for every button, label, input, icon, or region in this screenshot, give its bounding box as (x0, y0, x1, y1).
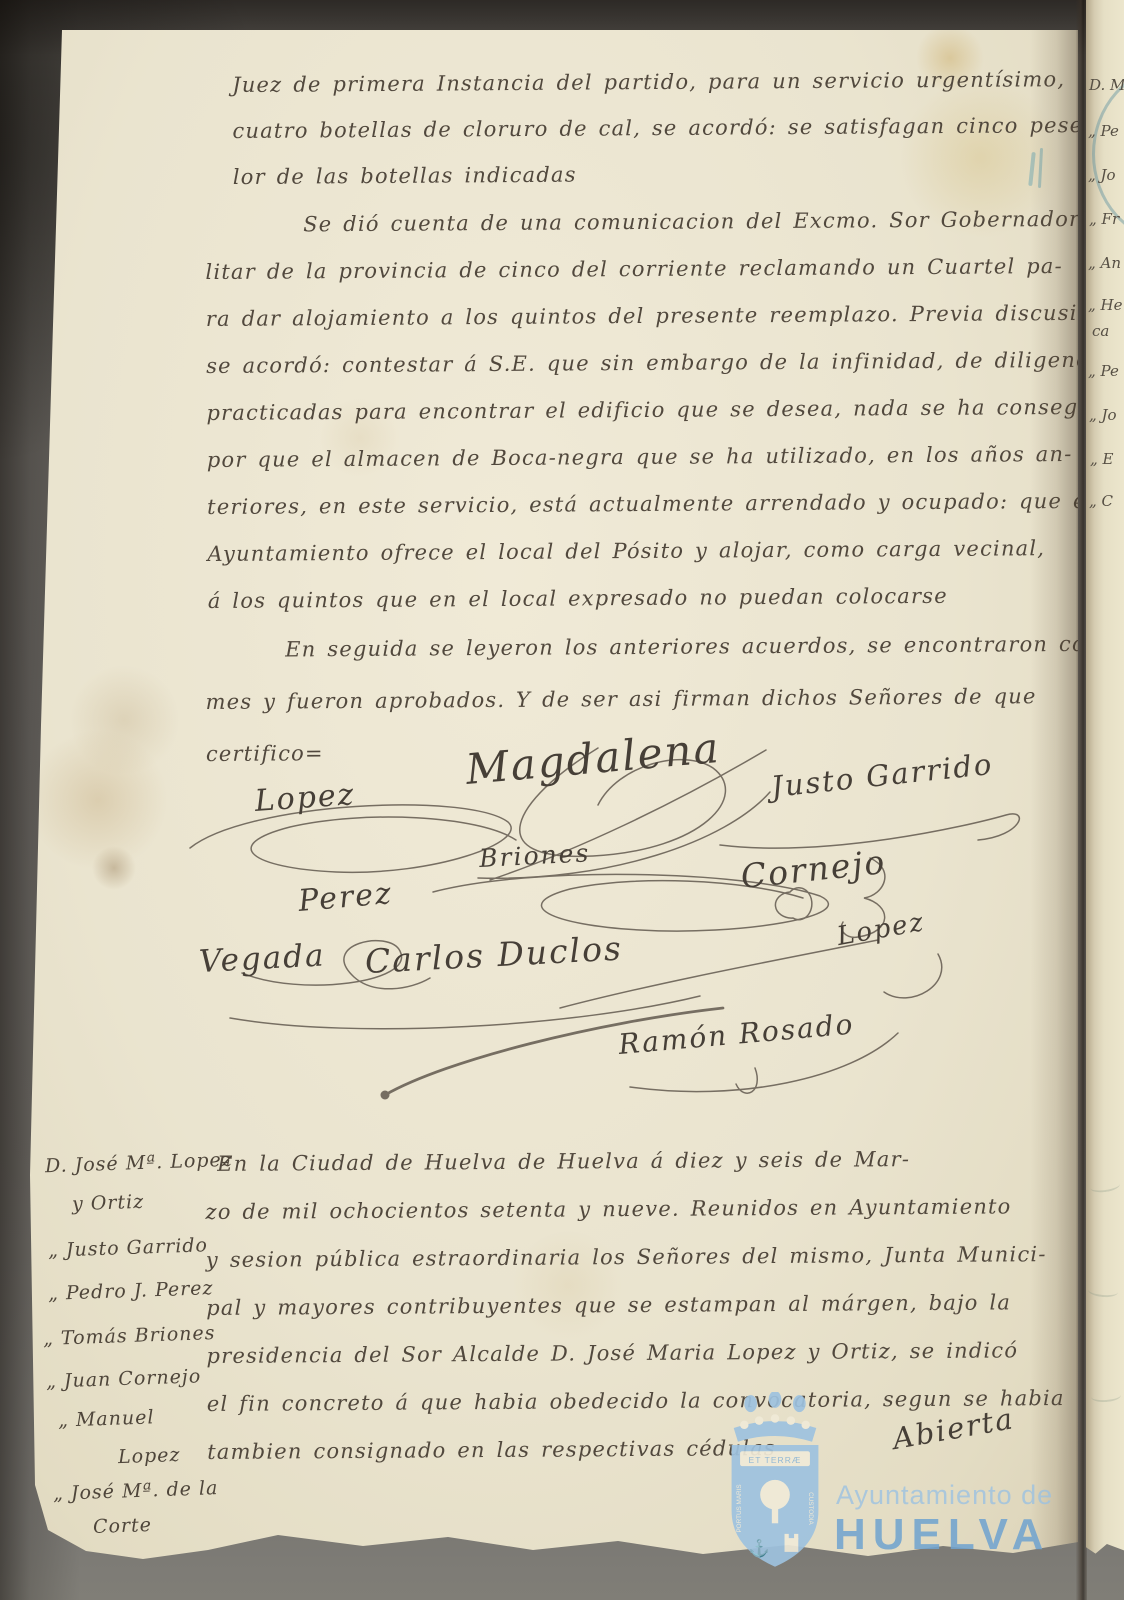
text-line: En seguida se leyeron los anteriores acu… (205, 617, 1124, 676)
margin-attendee: „ Pedro J. Perez (48, 1277, 214, 1305)
page-fold-gap (1076, 0, 1087, 1600)
margin-attendee: „ Tomás Briones (43, 1322, 216, 1350)
text-line: zo de mil ochocientos setenta y nueve. R… (205, 1182, 1063, 1236)
next-page-fragment: „ Pe (1088, 362, 1119, 380)
margin-attendee: Lopez (118, 1444, 181, 1468)
next-page-fragment: „ C (1089, 492, 1113, 510)
text-line: lor de las botellas indicadas (233, 147, 1124, 200)
next-page-fragment: „ Jo (1089, 406, 1117, 424)
bleed-through-mark (1089, 1178, 1120, 1194)
paragraph-2: Se dió cuenta de una comunicacion del Ex… (205, 196, 1124, 625)
margin-attendee: „ José Mª. de la (53, 1477, 219, 1505)
margin-attendee: „ Manuel (58, 1406, 155, 1431)
text-line: practicadas para encontrar el edificio q… (206, 384, 1124, 437)
margin-attendee: Corte (93, 1514, 153, 1538)
signature: Vegada (198, 937, 326, 980)
text-line: Ayuntamiento ofrece el local del Pósito … (207, 525, 1124, 578)
bleed-through-mark (1088, 1284, 1119, 1299)
bleed-through-mark (1091, 1389, 1122, 1403)
margin-attendee: „ Juan Cornejo (46, 1365, 202, 1392)
text-line: presidencia del Sor Alcalde D. José Mari… (206, 1326, 1064, 1380)
text-line: y sesion pública estraordinaria los Seño… (206, 1230, 1064, 1284)
next-page-fragment: „ An (1088, 254, 1121, 272)
margin-attendee: „ Justo Garrido (48, 1234, 209, 1262)
next-page-fragment: „ Jo (1088, 166, 1116, 184)
text-line: pal y mayores contribuyentes que se esta… (206, 1278, 1064, 1332)
scan-background: Juez de primera Instancia del partido, p… (0, 0, 1124, 1600)
next-page-fragment: „ Pe (1088, 122, 1119, 140)
next-page-sliver: D. M „ Pe „ Jo „ Fr „ An „ He ca „ Pe „ … (1086, 0, 1124, 1600)
next-page-fragment: D. M (1089, 76, 1124, 94)
text-line: á los quintos que en el local expresado … (208, 572, 1124, 625)
next-page-fragment: „ He (1088, 296, 1123, 314)
text-line: litar de la provincia de cinco del corri… (205, 243, 1124, 296)
margin-attendee: y Ortiz (72, 1191, 145, 1216)
text-line: por que el almacen de Boca-negra que se … (207, 431, 1124, 484)
manuscript-page: Juez de primera Instancia del partido, p… (28, 30, 1078, 1562)
text-line: teriores, en este servicio, está actualm… (207, 478, 1124, 531)
paragraph-1: Juez de primera Instancia del partido, p… (232, 55, 1124, 200)
signature: Briones (478, 838, 590, 873)
next-page-fragment: ca (1092, 322, 1109, 340)
signature: Lopez (254, 777, 357, 819)
text-line: Juez de primera Instancia del partido, p… (232, 55, 1124, 108)
next-page-fragment: „ E (1090, 450, 1114, 468)
next-page-fragment: „ Fr (1089, 210, 1119, 228)
text-line: ra dar alojamiento a los quintos del pre… (206, 290, 1124, 343)
text-line: cuatro botellas de cloruro de cal, se ac… (232, 101, 1124, 154)
text-line: Se dió cuenta de una comunicacion del Ex… (205, 196, 1124, 249)
text-line: se acordó: contestar á S.E. que sin emba… (206, 337, 1124, 390)
text-line: mes y fueron aprobados. Y de ser asi fir… (205, 669, 1124, 728)
